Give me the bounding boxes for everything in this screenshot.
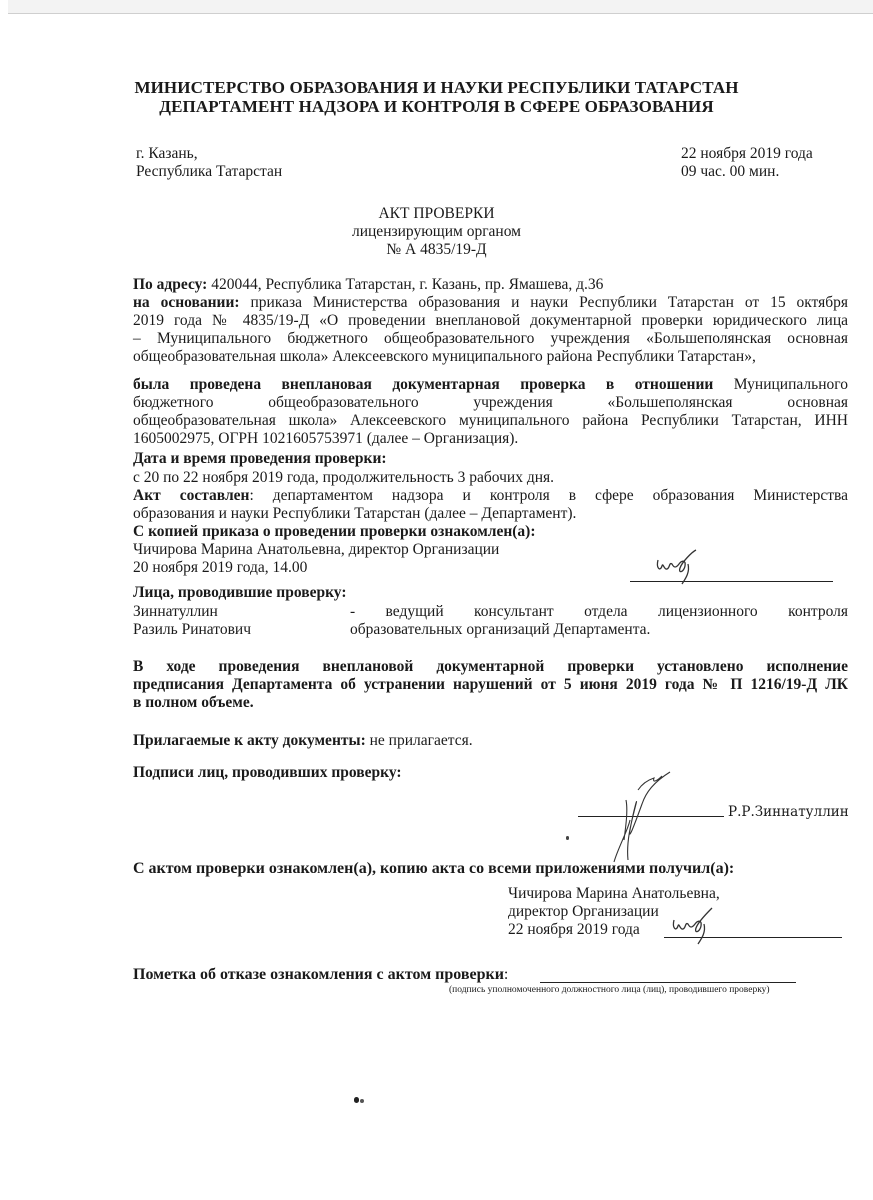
act-title: АКТ ПРОВЕРКИ (0, 205, 873, 223)
address-label: По адресу: (133, 276, 207, 293)
compiled-label: Акт составлен (133, 487, 249, 504)
finding-line-2: предписания Департамента об устранении н… (133, 676, 848, 694)
attachments-label: Прилагаемые к акту документы: (133, 732, 366, 749)
basis-line-3: – Муниципального бюджетного общеобразова… (133, 330, 848, 348)
compiled-line-1: Акт составлен: департаментом надзора и к… (133, 487, 848, 505)
refusal-note: (подпись уполномоченного должностного ли… (449, 985, 770, 995)
inspector-role-line-2: образовательных организаций Департамента… (350, 621, 650, 639)
inspection-line-4: 1605002975, ОГРН 1021605753971 (далее – … (133, 430, 848, 448)
finding-line-3: в полном объеме. (133, 694, 848, 712)
document-date: 22 ноября 2019 года (681, 145, 813, 163)
refusal-signature-line (540, 982, 796, 983)
inspection-line-3: общеобразовательная школа» Алексеевского… (133, 412, 848, 430)
order-copy-date: 20 ноября 2019 года, 14.00 (133, 559, 307, 577)
act-subtitle: лицензирующим органом (0, 223, 873, 241)
scan-blot (354, 1097, 359, 1103)
inspector-surname: Зиннатуллин (133, 603, 218, 621)
inspection-line-1: была проведена внеплановая документарная… (133, 376, 848, 394)
attachments-line: Прилагаемые к акту документы: не прилага… (133, 732, 473, 750)
order-copy-label: С копией приказа о проведении проверки о… (133, 523, 536, 541)
inspection-label: была проведена внеплановая документарная… (133, 376, 713, 393)
signatures-label: Подписи лиц, проводивших проверку: (133, 764, 402, 782)
inspectors-label: Лица, проводившие проверку: (133, 584, 347, 602)
acknowledgement-date: 22 ноября 2019 года (508, 921, 640, 939)
basis-label: на основании: (133, 294, 240, 311)
basis-line-4: общеобразовательная школа» Алексеевского… (133, 348, 848, 366)
period-label: Дата и время проведения проверки: (133, 450, 387, 468)
acknowledgement-signature-icon (668, 906, 723, 946)
basis-line-2: 2019 года № 4835/19-Д «О проведении внеп… (133, 312, 848, 330)
compiled-line-2: образования и науки Республики Татарстан… (133, 505, 848, 523)
refusal-label: Пометка об отказе ознакомления с актом п… (133, 966, 504, 983)
region: Республика Татарстан (136, 163, 282, 181)
period-value: с 20 по 22 ноября 2019 года, продолжител… (133, 469, 554, 487)
acknowledgement-label: С актом проверки ознакомлен(а), копию ак… (133, 860, 734, 878)
acknowledgement-position: директор Организации (508, 903, 659, 921)
compiled-text: : департаментом надзора и контроля в сфе… (249, 487, 848, 504)
scan-blot (360, 1099, 364, 1103)
city: г. Казань, (136, 145, 198, 163)
inspection-line-2: бюджетного общеобразовательного учрежден… (133, 394, 848, 412)
department-title: ДЕПАРТАМЕНТ НАДЗОРА И КОНТРОЛЯ В СФЕРЕ О… (0, 97, 873, 117)
document-time: 09 час. 00 мин. (681, 163, 779, 181)
scan-speck (566, 836, 569, 840)
attachments-value: не прилагается. (366, 732, 473, 749)
basis-text: приказа Министерства образования и науки… (240, 294, 848, 311)
refusal-colon: : (504, 966, 508, 983)
director-signature-icon (652, 548, 707, 588)
acknowledgement-person: Чичирова Марина Анатольевна, (508, 885, 720, 903)
order-copy-person: Чичирова Марина Анатольевна, директор Ор… (133, 541, 499, 559)
act-number: № А 4835/19-Д (0, 241, 873, 259)
finding-line-1: В ходе проведения внеплановой документар… (133, 658, 848, 676)
inspector-signature-icon (608, 770, 678, 865)
inspector-given-names: Разиль Ринатович (133, 621, 251, 639)
address-line: По адресу: 420044, Республика Татарстан,… (133, 276, 848, 294)
refusal-line: Пометка об отказе ознакомления с актом п… (133, 966, 508, 984)
document-page: МИНИСТЕРСТВО ОБРАЗОВАНИЯ И НАУКИ РЕСПУБЛ… (0, 0, 873, 1200)
address-value: 420044, Республика Татарстан, г. Казань,… (207, 276, 603, 293)
inspector-role-line-1: - ведущий консультант отдела лицензионно… (350, 603, 848, 621)
inspection-text: Муниципального (713, 376, 848, 393)
basis-line-1: на основании: приказа Министерства образ… (133, 294, 848, 312)
inspector-signature-name: Р.Р.Зиннатуллин (728, 804, 849, 820)
ministry-title: МИНИСТЕРСТВО ОБРАЗОВАНИЯ И НАУКИ РЕСПУБЛ… (0, 78, 873, 98)
